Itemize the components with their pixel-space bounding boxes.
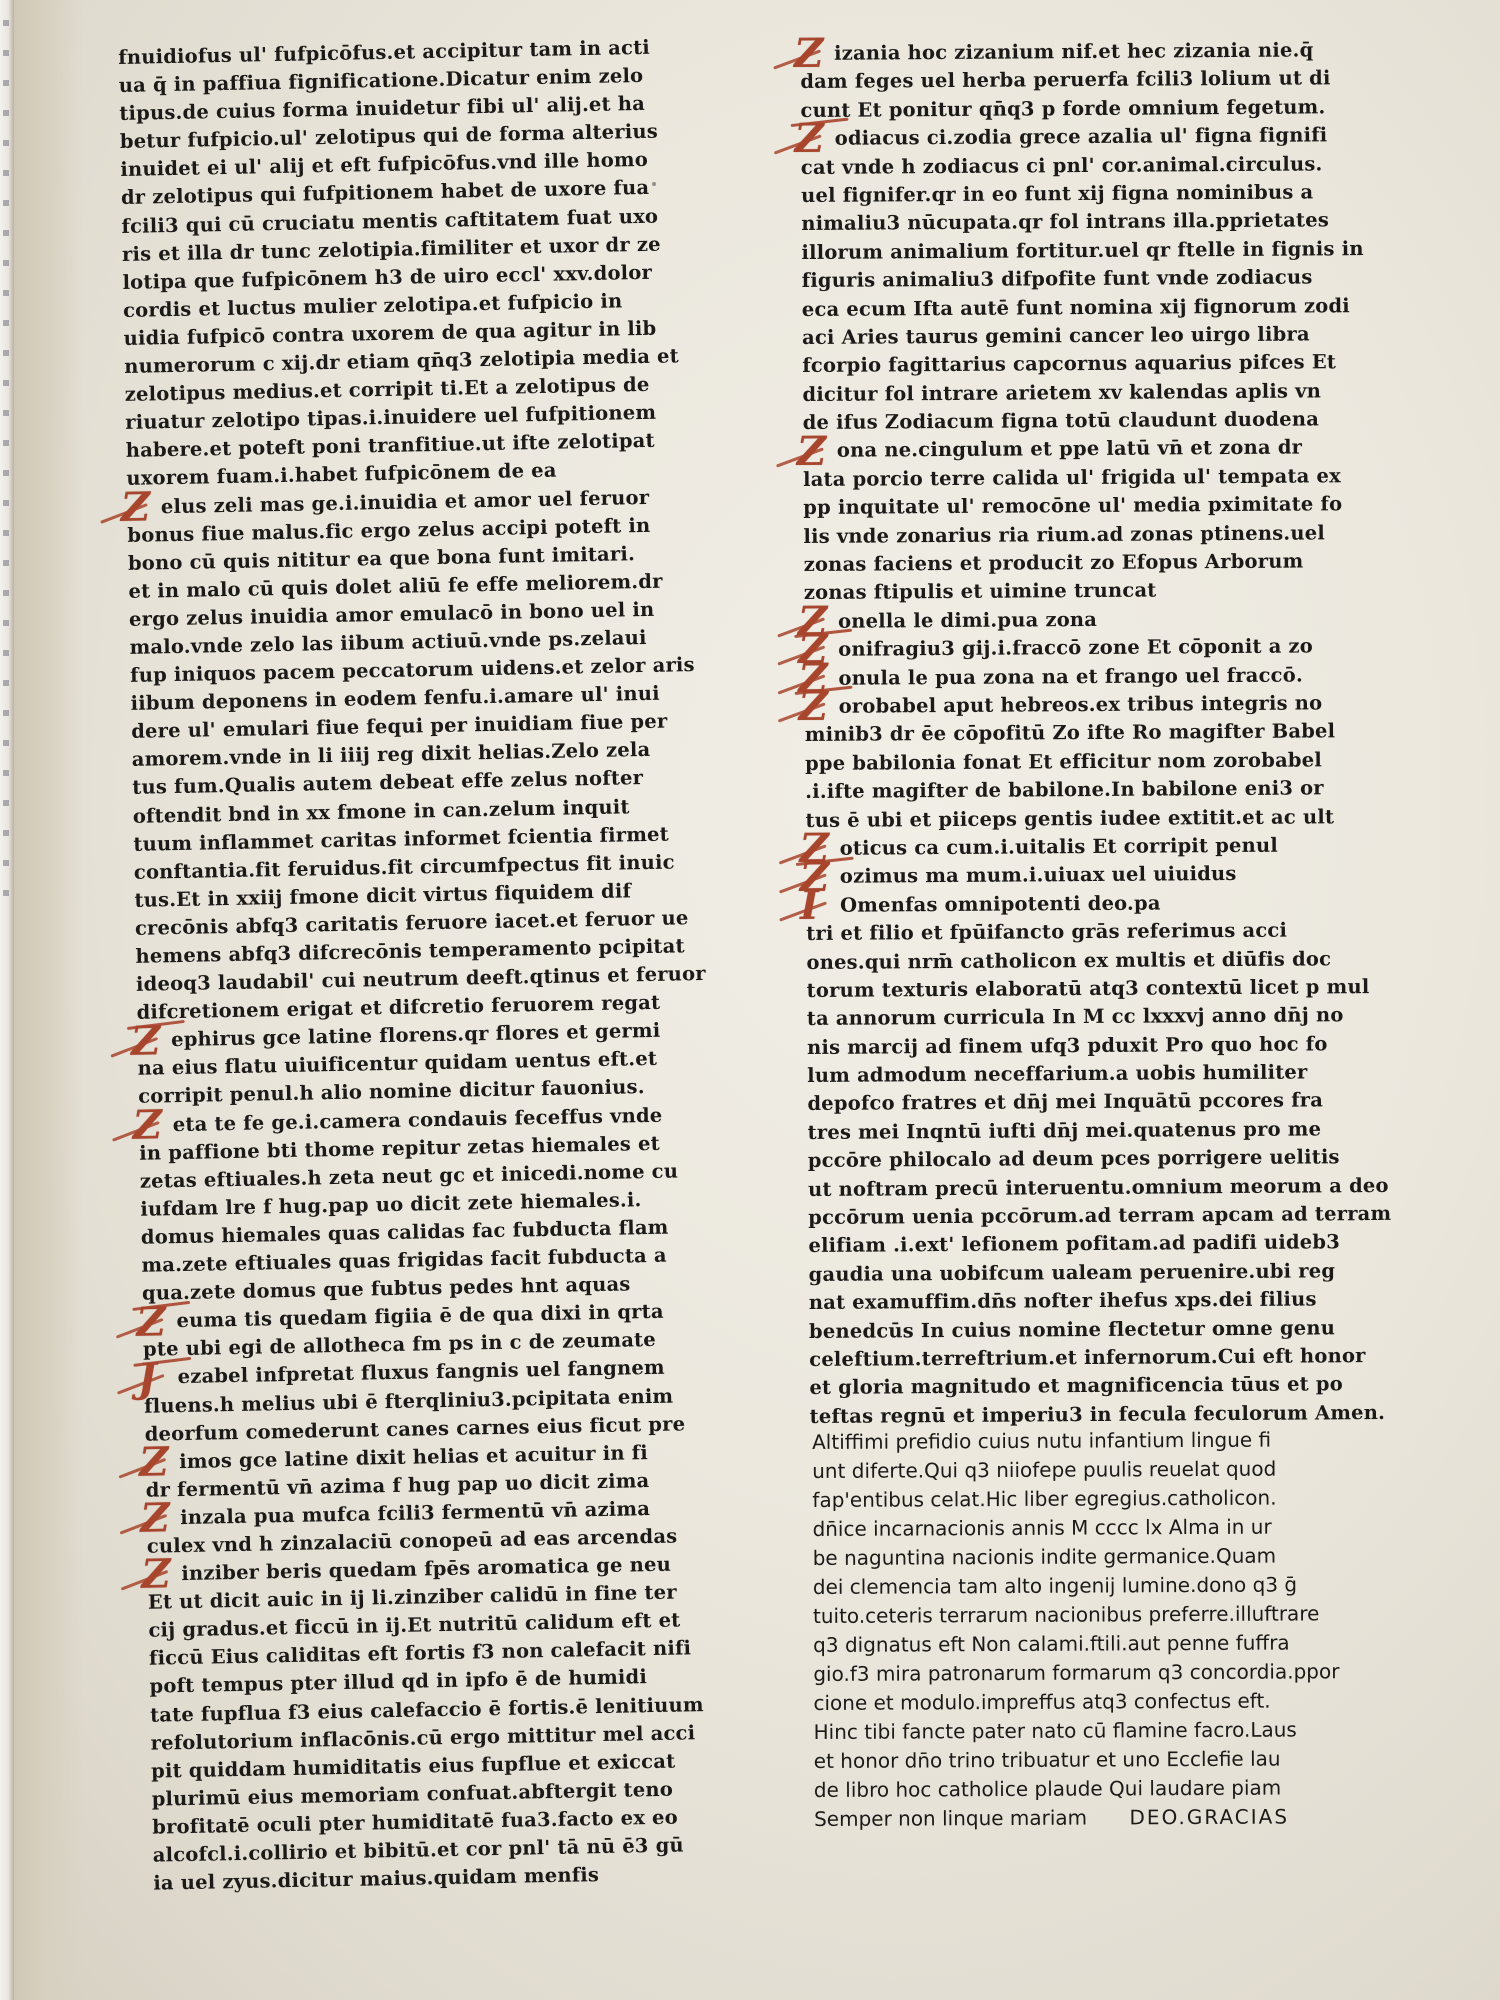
text-line: ona ne.cingulum et ppe latū vn̄ et zona … xyxy=(803,433,1383,465)
text-line: pccōre philocalo ad deum pces porrigere … xyxy=(808,1143,1388,1175)
text-line: tres mei Inqntū iufti dn̄j mei.quatenus … xyxy=(808,1115,1388,1147)
text-line: ut noftram precū interuentu.omnium meoru… xyxy=(808,1172,1388,1204)
text-line: gaudia una uobifcum ualeam peruenire.ubi… xyxy=(809,1257,1389,1289)
text-line: uel fignifer.qr in eo funt xij figna nom… xyxy=(801,178,1381,210)
text-line: dam feges uel herba peruerfa fcili3 loli… xyxy=(800,64,1380,96)
colophon-line: unt diferte.Qui q3 niiofepe puulis reuel… xyxy=(812,1454,1392,1486)
colophon-line: Hinc tibi fancte pater nato cū flamine f… xyxy=(814,1715,1394,1747)
colophon-line: de libro hoc catholice plaude Qui laudar… xyxy=(814,1773,1394,1805)
text-line: zonas faciens et producit zo Efopus Arbo… xyxy=(804,547,1384,579)
colophon-line: dei clemencia tam alto ingenij lumine.do… xyxy=(813,1570,1393,1602)
right-text-column: izania hoc zizanium nif.et hec zizania n… xyxy=(800,36,1390,1431)
text-line: depofco fratres et dn̄j mei Inquātū pcco… xyxy=(807,1086,1387,1118)
text-line: de ifus Zodiacum figna totū claudunt duo… xyxy=(803,405,1383,437)
text-line: ta annorum curricula In M cc lxxxvj anno… xyxy=(807,1001,1387,1033)
text-line: .i.ifte magifter de babilone.In babilone… xyxy=(805,774,1385,806)
text-line: ones.qui nrm̄ catholicon ex multis et di… xyxy=(806,944,1386,976)
text-line: nat examuffim.dn̄s nofter ihefus xps.dei… xyxy=(809,1285,1389,1317)
text-line: et gloria magnitudo et magnificencia tūu… xyxy=(809,1370,1389,1402)
colophon-line: tuito.ceteris terrarum nacionibus prefer… xyxy=(813,1599,1393,1631)
text-line: onifragiu3 gij.i.fraccō zone Et cōponit … xyxy=(804,632,1384,664)
text-line: pp inquitate ul' remocōne ul' media pxim… xyxy=(803,490,1383,522)
text-line: elifiam .i.ext' lefionem pofitam.ad padi… xyxy=(808,1228,1388,1260)
text-line: benedcūs In cuius nomine flectetur omne … xyxy=(809,1313,1389,1345)
text-line: Omenfas omnipotenti deo.pa xyxy=(806,888,1386,920)
explicit-deo-gracias: DEO.GRACIAS xyxy=(1129,1805,1289,1830)
colophon-line: et honor dn̄o trino tribuatur et uno Ecc… xyxy=(814,1744,1394,1776)
text-line: nis marcij ad finem ufq3 pduxit Pro quo … xyxy=(807,1030,1387,1062)
colophon-final-line: Semper non linque mariam DEO.GRACIAS xyxy=(814,1802,1394,1834)
facing-page-edge xyxy=(0,0,14,2000)
text-line: illorum animalium fortitur.uel qr ftelle… xyxy=(801,235,1381,267)
text-line: torum texturis elaboratū atq3 contextū l… xyxy=(807,973,1387,1005)
text-line: tus ē ubi et piiceps gentis iudee extiti… xyxy=(805,802,1385,834)
binding-gutter-shadow xyxy=(14,0,84,2000)
text-line: lum admodum neceffarium.a uobis humilite… xyxy=(807,1058,1387,1090)
text-line: zonas ftipulis et uimine truncat xyxy=(804,575,1384,607)
colophon-line: fap'entibus celat.Hic liber egregius.cat… xyxy=(812,1483,1392,1515)
colophon-line: be naguntina nacionis indite germanice.Q… xyxy=(813,1541,1393,1573)
colophon-line: gio.f3 mira patronarum formarum q3 conco… xyxy=(813,1657,1393,1689)
text-line: onula le pua zona na et frango uel fracc… xyxy=(804,661,1384,693)
text-line: tri et filio et fpūifancto grās referimu… xyxy=(806,916,1386,948)
manuscript-page: fnuidiofus ul' fufpicōfus.et accipitur t… xyxy=(0,0,1500,2000)
text-line: odiacus ci.zodia grece azalia ul' figna … xyxy=(801,121,1381,153)
text-line: lis vnde zonarius ria rium.ad zonas ptin… xyxy=(803,519,1383,551)
text-line: cat vnde h zodiacus ci pnl' cor.animal.c… xyxy=(801,150,1381,182)
text-line: ozimus ma mum.i.uiuax uel uiuidus xyxy=(806,859,1386,891)
text-line: onella le dimi.pua zona xyxy=(804,604,1384,636)
text-line: pccōrum uenia pccōrum.ad terram apcam ad… xyxy=(808,1200,1388,1232)
text-line: figuris animaliu3 difpofite funt vnde zo… xyxy=(802,263,1382,295)
colophon-line: Altiffimi prefidio cuius nutu infantium … xyxy=(812,1425,1392,1457)
colophon: Altiffimi prefidio cuius nutu infantium … xyxy=(812,1425,1394,1834)
text-line: celeftium.terreftrium.et infernorum.Cui … xyxy=(809,1342,1389,1374)
text-line: ppe babilonia fonat Et efficitur nom zor… xyxy=(805,746,1385,778)
text-line: aci Aries taurus gemini cancer leo uirgo… xyxy=(802,320,1382,352)
text-line: izania hoc zizanium nif.et hec zizania n… xyxy=(800,36,1380,68)
text-line: fcorpio fagittarius capcornus aquarius p… xyxy=(802,348,1382,380)
text-line: minib3 dr ēe cōpofitū Zo ifte Ro magifte… xyxy=(805,717,1385,749)
text-line: nimaliu3 nūcupata.qr fol intrans illa.pp… xyxy=(801,206,1381,238)
colophon-line: cione et modulo.impreffus atq3 confectus… xyxy=(813,1686,1393,1718)
text-line: cunt Et ponitur qn̄q3 p forde omnium feg… xyxy=(800,93,1380,125)
colophon-line: dn̄ice incarnacionis annis M cccc lx Alm… xyxy=(812,1512,1392,1544)
text-line: orobabel aput hebreos.ex tribus integris… xyxy=(805,689,1385,721)
colophon-line: q3 dignatus eft Non calami.ftili.aut pen… xyxy=(813,1628,1393,1660)
colophon-last-verse: Semper non linque mariam xyxy=(814,1806,1087,1831)
text-line: oticus ca cum.i.uitalis Et corripit penu… xyxy=(806,831,1386,863)
colophon-text: Altiffimi prefidio cuius nutu infantium … xyxy=(812,1425,1394,1805)
text-line: eca ecum Ifta autē funt nomina xij figno… xyxy=(802,291,1382,323)
text-line: lata porcio terre calida ul' frigida ul'… xyxy=(803,462,1383,494)
text-line: dicitur fol intrare arietem xv kalendas … xyxy=(802,377,1382,409)
left-text-column: fnuidiofus ul' fufpicōfus.et accipitur t… xyxy=(118,34,698,1898)
